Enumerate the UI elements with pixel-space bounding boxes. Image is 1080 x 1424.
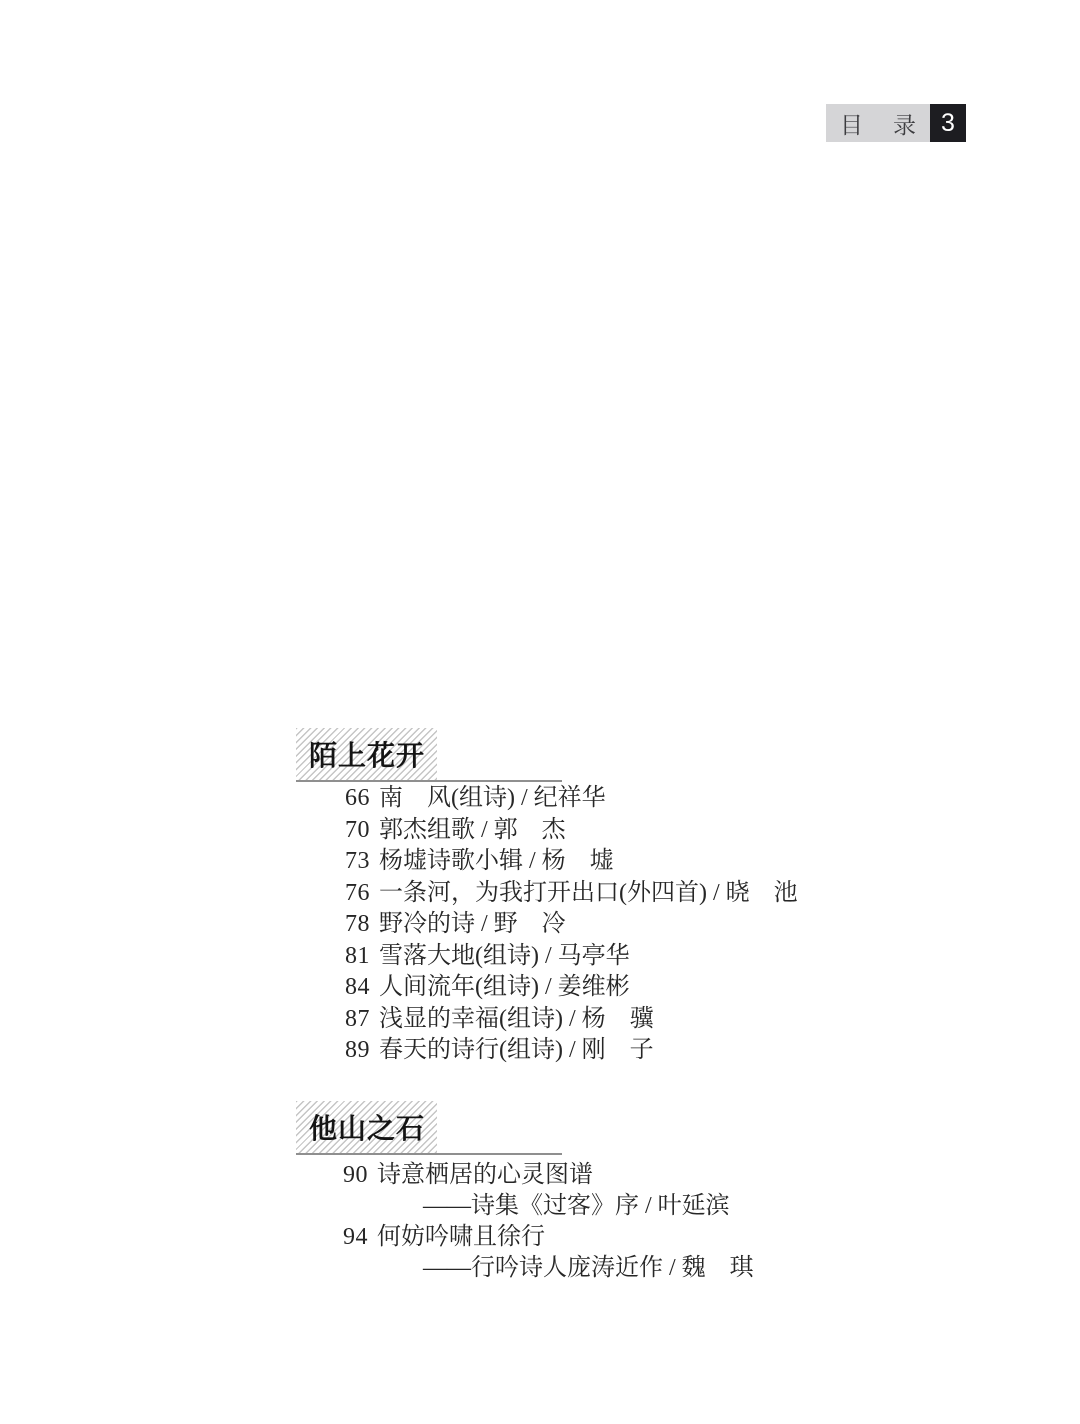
entry-title: 春天的诗行(组诗) / 刚 子 [379, 1037, 654, 1063]
toc-entry: 76一条河，为我打开出口(外四首) / 晓 池 [345, 878, 798, 910]
section-title: 他山之石 [296, 1101, 437, 1153]
page-number-badge: 3 [930, 104, 966, 142]
section-header-moshanghuakai: 陌上花开 [296, 728, 562, 782]
entry-title: 一条河，为我打开出口(外四首) / 晓 池 [379, 880, 798, 906]
entry-page-number: 87 [345, 1006, 370, 1032]
entry-list-moshanghuakai: 66南 风(组诗) / 纪祥华70郭杰组歌 / 郭 杰73杨墟诗歌小辑 / 杨 … [345, 783, 798, 1067]
entry-title: 野冷的诗 / 野 冷 [379, 911, 566, 937]
toc-entry: 84人间流年(组诗) / 姜维彬 [345, 972, 798, 1004]
toc-page: 目 录 3 陌上花开 66南 风(组诗) / 纪祥华70郭杰组歌 / 郭 杰73… [0, 0, 1080, 1424]
entry-title: 何妨吟啸且徐行 [377, 1224, 545, 1250]
entry-list-tashanzhishi: 90诗意栖居的心灵图谱——诗集《过客》序 / 叶延滨94何妨吟啸且徐行——行吟诗… [343, 1160, 754, 1284]
entry-title: 浅显的幸福(组诗) / 杨 骥 [379, 1006, 654, 1032]
entry-title: 南 风(组诗) / 纪祥华 [379, 785, 606, 811]
running-head-char-lu: 录 [893, 107, 916, 140]
toc-entry: 90诗意栖居的心灵图谱——诗集《过客》序 / 叶延滨 [343, 1160, 754, 1222]
entry-title: 人间流年(组诗) / 姜维彬 [379, 974, 630, 1000]
section-title: 陌上花开 [296, 728, 437, 780]
entry-page-number: 76 [345, 880, 370, 906]
entry-title: 雪落大地(组诗) / 马亭华 [379, 943, 630, 969]
toc-entry: 87浅显的幸福(组诗) / 杨 骥 [345, 1004, 798, 1036]
entry-title: 郭杰组歌 / 郭 杰 [379, 817, 566, 843]
entry-title: 杨墟诗歌小辑 / 杨 墟 [379, 848, 614, 874]
entry-page-number: 81 [345, 943, 370, 969]
running-head: 目 录 3 [826, 104, 966, 142]
entry-title: 诗意栖居的心灵图谱 [377, 1162, 593, 1188]
toc-entry: 66南 风(组诗) / 纪祥华 [345, 783, 798, 815]
entry-page-number: 78 [345, 911, 370, 937]
toc-entry: 81雪落大地(组诗) / 马亭华 [345, 941, 798, 973]
section-header-tashanzhishi: 他山之石 [296, 1101, 562, 1155]
entry-page-number: 70 [345, 817, 370, 843]
entry-page-number: 84 [345, 974, 370, 1000]
entry-subtitle: ——行吟诗人庞涛近作 / 魏 琪 [343, 1253, 754, 1284]
toc-entry: 70郭杰组歌 / 郭 杰 [345, 815, 798, 847]
entry-page-number: 94 [343, 1224, 368, 1250]
entry-page-number: 89 [345, 1037, 370, 1063]
toc-entry: 78野冷的诗 / 野 冷 [345, 909, 798, 941]
running-head-title: 目 录 [826, 104, 930, 142]
toc-entry: 73杨墟诗歌小辑 / 杨 墟 [345, 846, 798, 878]
running-head-char-mu: 目 [840, 107, 863, 140]
toc-entry: 89春天的诗行(组诗) / 刚 子 [345, 1035, 798, 1067]
entry-page-number: 66 [345, 785, 370, 811]
toc-entry: 94何妨吟啸且徐行——行吟诗人庞涛近作 / 魏 琪 [343, 1222, 754, 1284]
entry-subtitle: ——诗集《过客》序 / 叶延滨 [343, 1191, 754, 1222]
entry-page-number: 73 [345, 848, 370, 874]
entry-page-number: 90 [343, 1162, 368, 1188]
